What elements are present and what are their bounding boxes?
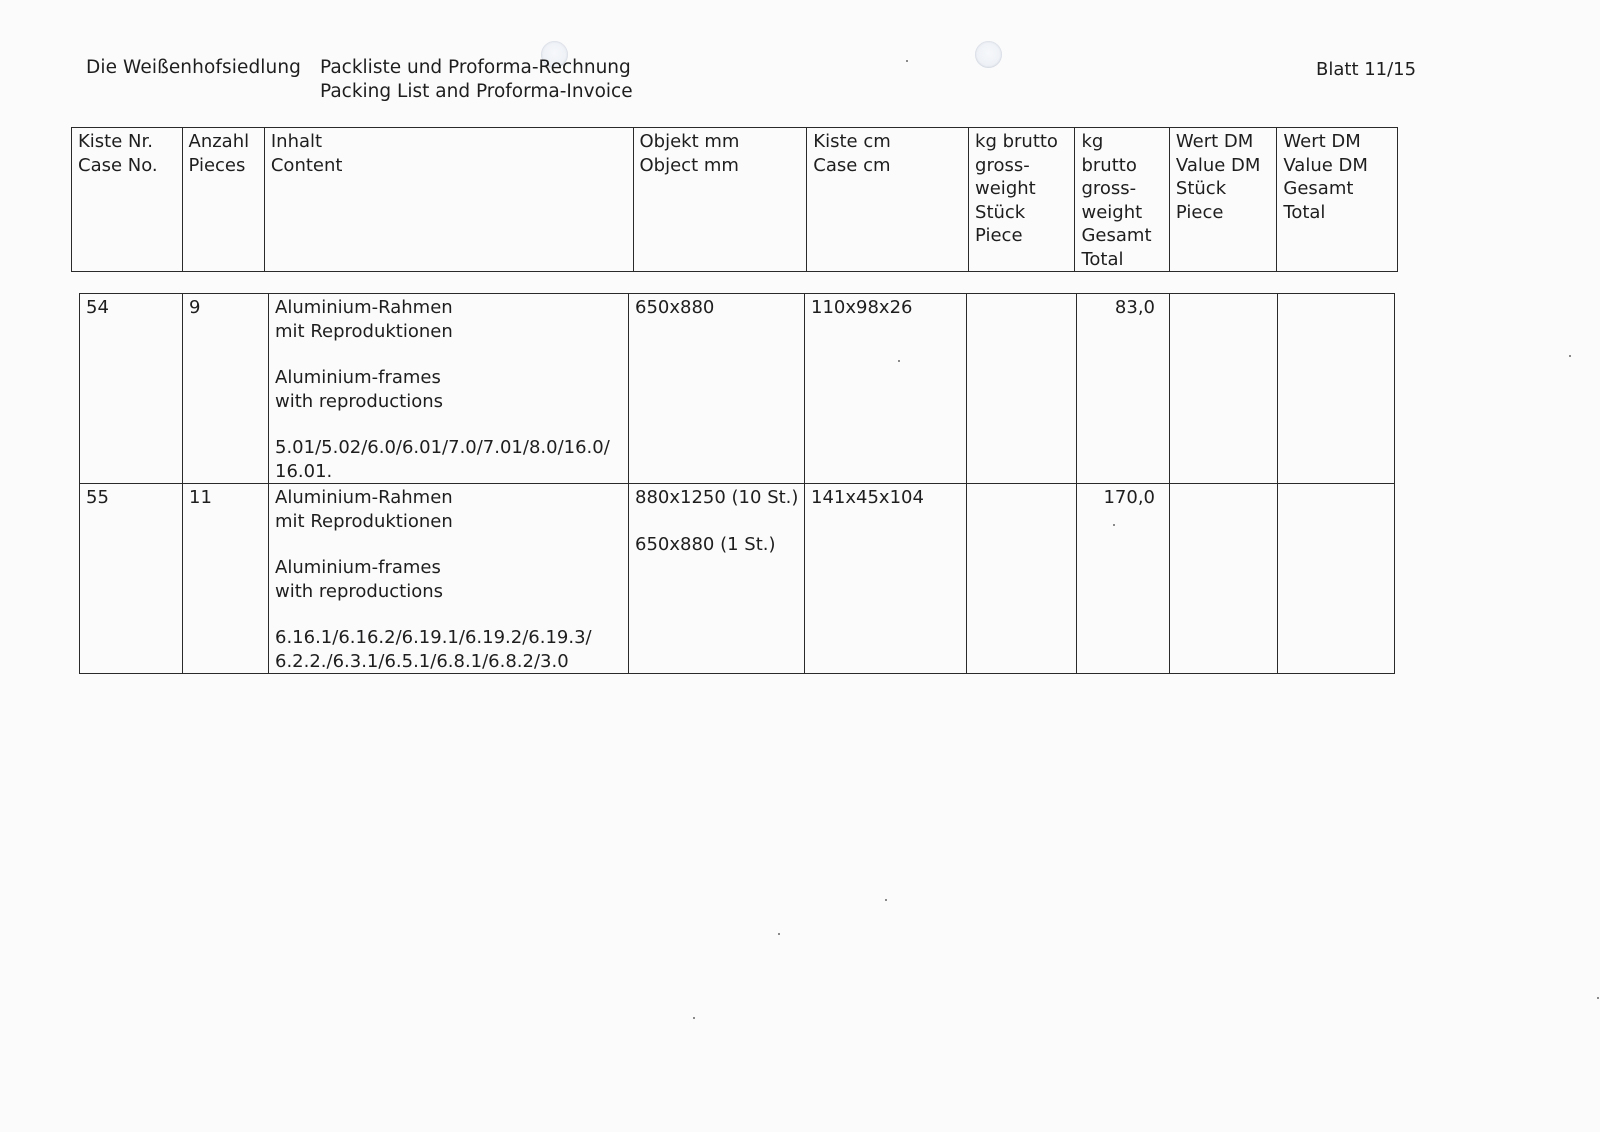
header-case-no: Kiste Nr.Case No.	[72, 128, 183, 272]
document-title: Die Weißenhofsiedlung	[86, 56, 301, 79]
cell-case-cm: 141x45x104	[805, 484, 967, 674]
scan-speck	[693, 1017, 695, 1019]
scan-speck	[885, 899, 887, 901]
cell-object-mm: 880x1250 (10 St.) 650x880 (1 St.)	[629, 484, 805, 674]
header-kg-piece: kg bruttogross-weightStückPiece	[969, 128, 1075, 272]
cell-content: Aluminium-Rahmen mit Reproduktionen Alum…	[269, 484, 629, 674]
punch-hole-right	[975, 41, 1002, 68]
cell-kg-piece	[967, 294, 1077, 484]
document-subtitle: Packliste und Proforma-Rechnung Packing …	[320, 56, 633, 103]
cell-kg-piece	[967, 484, 1077, 674]
cell-content: Aluminium-Rahmen mit Reproduktionen Alum…	[269, 294, 629, 484]
cell-value-piece	[1170, 484, 1278, 674]
table-row: 54 9 Aluminium-Rahmen mit Reproduktionen…	[80, 294, 1395, 484]
cell-pieces: 9	[183, 294, 269, 484]
header-case-cm: Kiste cmCase cm	[807, 128, 969, 272]
scan-speck	[906, 60, 908, 62]
scan-speck	[1569, 355, 1571, 357]
packing-list-table: 54 9 Aluminium-Rahmen mit Reproduktionen…	[79, 293, 1395, 674]
scan-speck	[1597, 997, 1599, 999]
column-header-table: Kiste Nr.Case No. AnzahlPieces InhaltCon…	[71, 127, 1398, 272]
scan-speck	[898, 360, 900, 362]
cell-pieces: 11	[183, 484, 269, 674]
subtitle-german: Packliste und Proforma-Rechnung	[320, 56, 633, 80]
scan-speck	[778, 933, 780, 935]
sheet-number: Blatt 11/15	[1316, 58, 1416, 81]
header-kg-total: kgbruttogross-weightGesamtTotal	[1075, 128, 1169, 272]
header-row: Kiste Nr.Case No. AnzahlPieces InhaltCon…	[72, 128, 1398, 272]
header-content: InhaltContent	[264, 128, 633, 272]
header-value-total: Wert DMValue DMGesamtTotal	[1277, 128, 1398, 272]
header-value-piece: Wert DMValue DMStückPiece	[1169, 128, 1276, 272]
cell-case-no: 55	[80, 484, 183, 674]
cell-object-mm: 650x880	[629, 294, 805, 484]
scan-speck	[1113, 524, 1115, 526]
header-object-mm: Objekt mmObject mm	[633, 128, 807, 272]
subtitle-english: Packing List and Proforma-Invoice	[320, 80, 633, 104]
cell-kg-total: 170,0	[1077, 484, 1170, 674]
cell-value-total	[1278, 294, 1395, 484]
cell-value-piece	[1170, 294, 1278, 484]
header-pieces: AnzahlPieces	[182, 128, 264, 272]
cell-case-cm: 110x98x26	[805, 294, 967, 484]
cell-kg-total: 83,0	[1077, 294, 1170, 484]
table-row: 55 11 Aluminium-Rahmen mit Reproduktione…	[80, 484, 1395, 674]
cell-value-total	[1278, 484, 1395, 674]
cell-case-no: 54	[80, 294, 183, 484]
